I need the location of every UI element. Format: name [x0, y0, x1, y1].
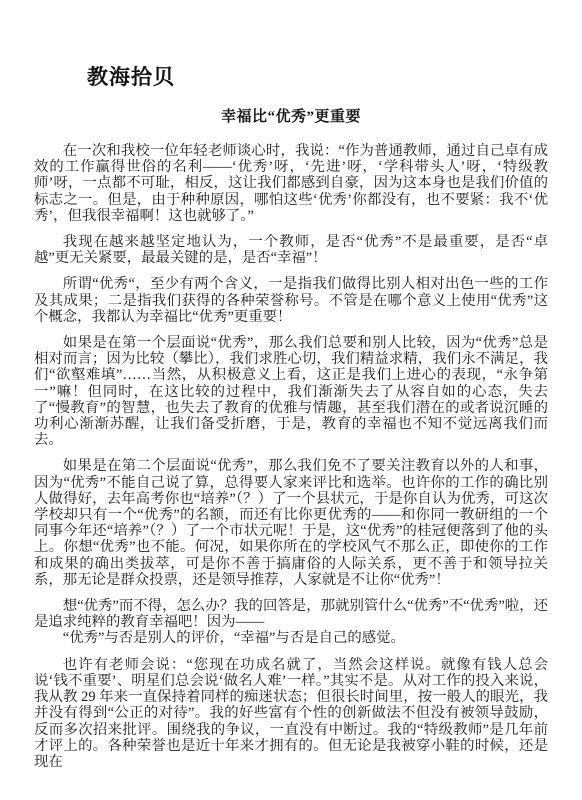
paragraph: 所谓“优秀“，至少有两个含义，一是指我们做得比别人相对出色一些的工作及其成果；二… [34, 276, 548, 325]
paragraph-quote-line: “优秀”与否是别人的评价，“幸福”与否是自己的感觉。 [34, 630, 548, 646]
paragraph: 如果是在第一个层面说“优秀”，那么我们总要和别人比较，因为“优秀”总是相对而言；… [34, 335, 548, 448]
section-label: 教海拾贝 [87, 61, 175, 91]
paragraph: 我现在越来越坚定地认为，一个教师，是否“优秀”不是最重要，是否“卓越”更无关紧要… [34, 234, 548, 266]
document-body: 在一次和我校一位年轻老师谈心时，我说：“作为普通教师，通过自己卓有成效的工作赢得… [34, 143, 548, 780]
paragraph: 在一次和我校一位年轻老师谈心时，我说：“作为普通教师，通过自己卓有成效的工作赢得… [34, 143, 548, 224]
paragraph: 也许有老师会说：“您现在功成名就了，当然会这样说。就像有钱人总会说‘钱不重要’、… [34, 657, 548, 770]
document-page: 教海拾贝 幸福比“优秀”更重要 在一次和我校一位年轻老师谈心时，我说：“作为普通… [0, 0, 582, 800]
paragraph: 想“优秀”而不得，怎么办？我的回答是，那就别管什么“优秀”不“优秀”啦，还是追求… [34, 598, 548, 630]
paragraph: 如果是在第二个层面说“优秀”，那么我们免不了要关注教育以外的人和事，因为“优秀”… [34, 458, 548, 588]
document-title: 幸福比“优秀”更重要 [0, 105, 582, 126]
